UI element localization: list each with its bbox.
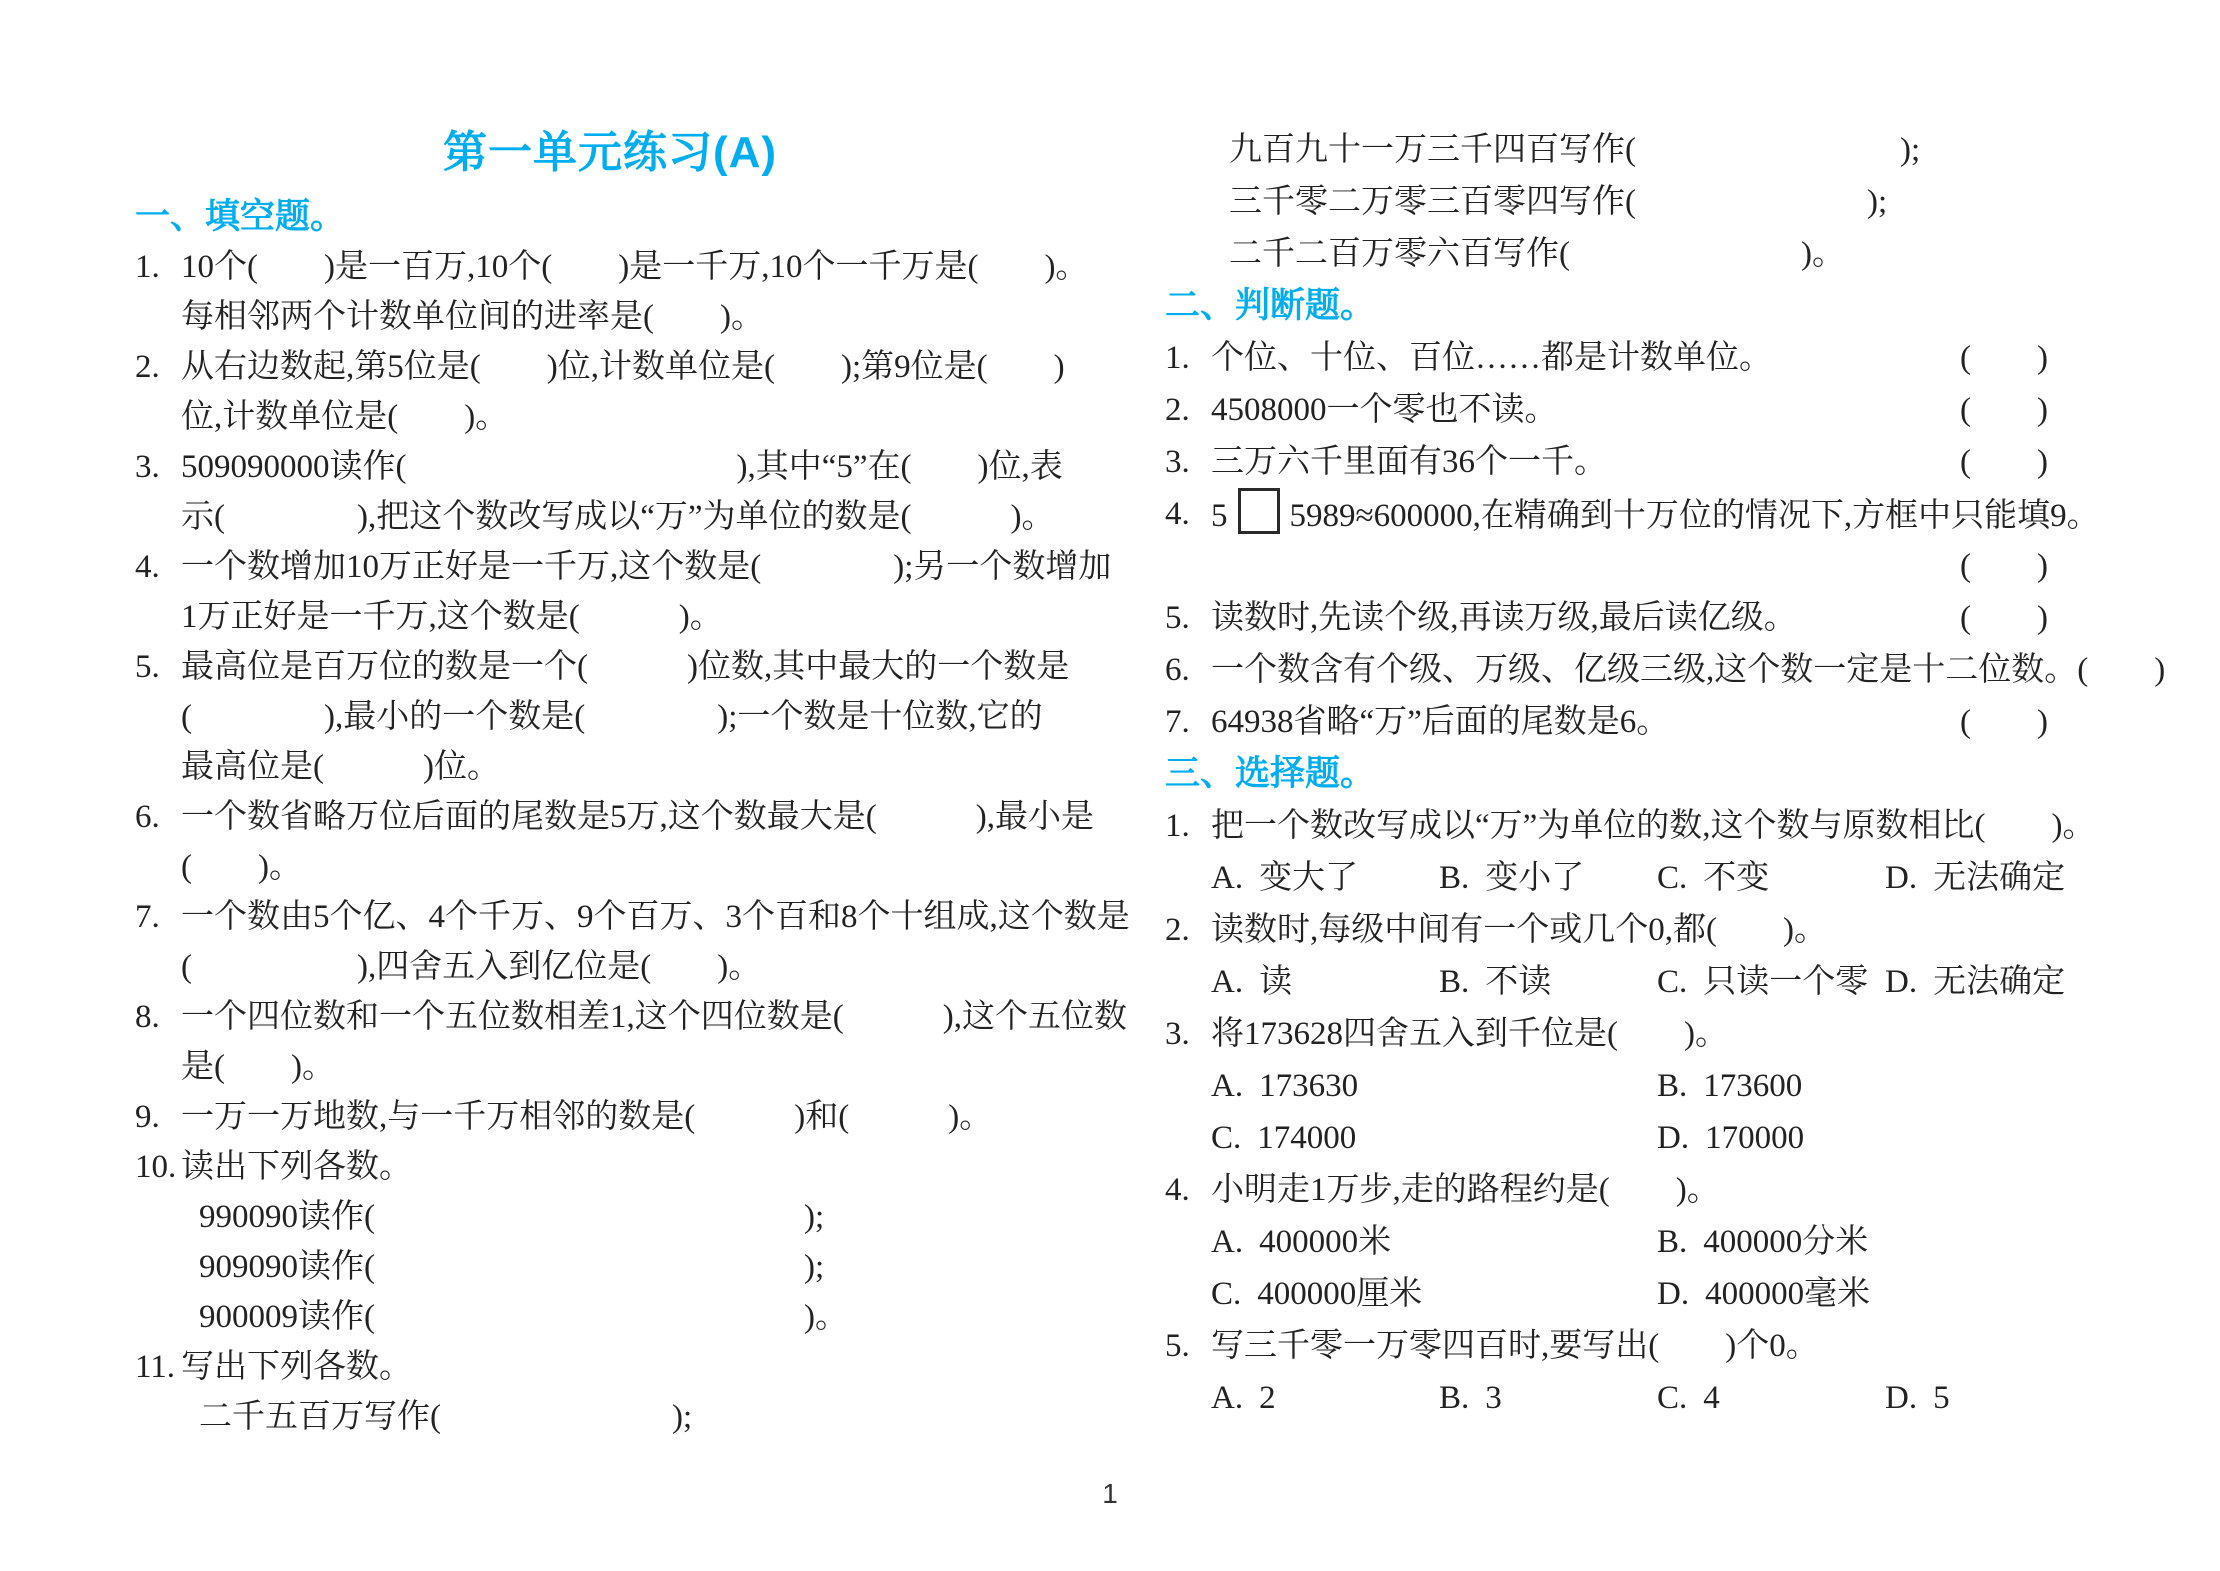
section-heading: 一、填空题。 [135,192,1085,242]
answer-parens: ( ) [1165,540,2140,592]
options-row: A.400000米B.400000分米 [1165,1216,2140,1268]
option-item: D.400000毫米 [1657,1268,1870,1320]
option-text: 400000厘米 [1257,1268,1422,1320]
option-item: B.3 [1439,1372,1657,1424]
question-text: 把一个数改写成以“万”为单位的数,这个数与原数相比( )。 [1211,800,2140,852]
judgment-line: 3.三万六千里面有36个一千。( ) [1165,436,2140,488]
option-item: B.173600 [1657,1060,1802,1112]
option-text: 5 [1933,1372,1950,1424]
option-text: 4 [1703,1372,1720,1424]
left-column: 第一单元练习(A) 一、填空题。1.10个( )是一百万,10个( )是一千万,… [135,122,1085,1442]
option-label: D. [1885,956,1917,1008]
option-text: 不读 [1485,956,1551,1008]
continuation-line: ( ),四舍五入到亿位是( )。 [135,942,1085,992]
judgment-line: 5.读数时,先读个级,再读万级,最后读亿级。( ) [1165,592,2140,644]
option-label: C. [1211,1268,1241,1320]
sub-line: 九百九十一万三千四百写作( ); [1165,124,2140,176]
option-label: D. [1657,1268,1689,1320]
continuation-line: ( ),最小的一个数是( );一个数是十位数,它的 [135,692,1085,742]
continuation-line: 位,计数单位是( )。 [135,392,1085,442]
question-text: 509090000读作( ),其中“5”在( )位,表 [181,442,1085,492]
option-text: 173630 [1259,1060,1358,1112]
question-line: 1.10个( )是一百万,10个( )是一千万,10个一千万是( )。 [135,242,1085,292]
question-number: 6. [1165,644,1211,696]
question-text: 三万六千里面有36个一千。 [1211,436,1960,488]
question-text: 一个数省略万位后面的尾数是5万,这个数最大是( ),最小是 [181,792,1094,842]
question-number: 5. [135,642,181,692]
sub-line: 三千零二万零三百零四写作( ); [1165,176,2140,228]
option-label: C. [1657,1372,1687,1424]
question-line: 11.写出下列各数。 [135,1342,1085,1392]
question-line: 4.55989≈600000,在精确到十万位的情况下,方框中只能填9。 [1165,488,2140,540]
option-text: 无法确定 [1933,852,2065,904]
option-item: B.不读 [1439,956,1657,1008]
question-line: 2.从右边数起,第5位是( )位,计数单位是( );第9位是( ) [135,342,1085,392]
options-row: C.400000厘米D.400000毫米 [1165,1268,2140,1320]
question-number: 1. [1165,332,1211,384]
answer-parens: ( ) [1960,332,2140,384]
question-text: 读数时,每级中间有一个或几个0,都( )。 [1211,904,2140,956]
option-text: 只读一个零 [1703,956,1868,1008]
sub-line: 990090读作( ); [135,1192,1085,1242]
question-line: 10.读出下列各数。 [135,1142,1085,1192]
option-item: A.400000米 [1211,1216,1657,1268]
option-item: D.无法确定 [1885,956,2065,1008]
option-text: 2 [1259,1372,1276,1424]
question-text: 将173628四舍五入到千位是( )。 [1211,1008,2140,1060]
right-lines: 九百九十一万三千四百写作( );三千零二万零三百零四写作( );二千二百万零六百… [1165,124,2140,1424]
question-text: 一万一万地数,与一千万相邻的数是( )和( )。 [181,1092,1085,1142]
option-item: C.不变 [1657,852,1885,904]
option-text: 400000毫米 [1705,1268,1870,1320]
answer-parens: ( ) [1960,696,2140,748]
option-item: B.变小了 [1439,852,1657,904]
option-label: A. [1211,1216,1243,1268]
page-title: 第一单元练习(A) [135,122,1085,184]
option-item: C.174000 [1211,1112,1657,1164]
option-text: 变大了 [1259,852,1358,904]
question-line: 4.小明走1万步,走的路程约是( )。 [1165,1164,2140,1216]
blank-box-icon [1238,488,1280,534]
section-heading: 三、选择题。 [1165,748,2140,800]
option-item: B.400000分米 [1657,1216,1868,1268]
question-number: 3. [1165,1008,1211,1060]
option-item: A.读 [1211,956,1439,1008]
question-number: 4. [1165,488,1211,540]
continuation-line: 是( )。 [135,1042,1085,1092]
question-number: 4. [1165,1164,1211,1216]
question-line: 3.509090000读作( ),其中“5”在( )位,表 [135,442,1085,492]
question-text: 一个四位数和一个五位数相差1,这个四位数是( ),这个五位数 [181,992,1127,1042]
left-lines: 一、填空题。1.10个( )是一百万,10个( )是一千万,10个一千万是( )… [135,192,1085,1442]
answer-parens: ( ) [2077,644,2220,696]
question-line: 7.一个数由5个亿、4个千万、9个百万、3个百和8个十组成,这个数是 [135,892,1085,942]
page-number: 1 [0,1478,2220,1510]
question-text: 一个数含有个级、万级、亿级三级,这个数一定是十二位数。 [1211,644,2077,696]
judgment-line: 6.一个数含有个级、万级、亿级三级,这个数一定是十二位数。( ) [1165,644,2140,696]
option-item: A.变大了 [1211,852,1439,904]
question-number: 7. [135,892,181,942]
option-text: 无法确定 [1933,956,2065,1008]
options-row: A.2B.3C.4D.5 [1165,1372,2140,1424]
question-text: 最高位是百万位的数是一个( )位数,其中最大的一个数是 [181,642,1085,692]
question-number: 1. [1165,800,1211,852]
question-line: 3.将173628四舍五入到千位是( )。 [1165,1008,2140,1060]
judgment-line: 2.4508000一个零也不读。( ) [1165,384,2140,436]
option-label: A. [1211,1372,1243,1424]
answer-parens: ( ) [1960,592,2140,644]
question-number: 3. [135,442,181,492]
options-row: A.读B.不读C.只读一个零D.无法确定 [1165,956,2140,1008]
question-line: 4.一个数增加10万正好是一千万,这个数是( );另一个数增加 [135,542,1085,592]
question-text: 读数时,先读个级,再读万级,最后读亿级。 [1211,592,1960,644]
option-label: A. [1211,1060,1243,1112]
option-label: C. [1657,852,1687,904]
question-number: 7. [1165,696,1211,748]
continuation-line: 每相邻两个计数单位间的进率是( )。 [135,292,1085,342]
question-line: 5.最高位是百万位的数是一个( )位数,其中最大的一个数是 [135,642,1085,692]
option-label: C. [1657,956,1687,1008]
question-text: 一个数增加10万正好是一千万,这个数是( );另一个数增加 [181,542,1111,592]
question-text: 读出下列各数。 [181,1142,1085,1192]
option-text: 3 [1485,1372,1502,1424]
option-text: 173600 [1703,1060,1802,1112]
sub-line: 900009读作( )。 [135,1292,1085,1342]
question-text: 个位、十位、百位……都是计数单位。 [1211,332,1960,384]
question-text: 4508000一个零也不读。 [1211,384,1960,436]
option-text: 174000 [1257,1112,1356,1164]
option-label: B. [1439,852,1469,904]
right-column: 九百九十一万三千四百写作( );三千零二万零三百零四写作( );二千二百万零六百… [1165,124,2140,1424]
question-line: 5.写三千零一万零四百时,要写出( )个0。 [1165,1320,2140,1372]
sub-line: 909090读作( ); [135,1242,1085,1292]
option-item: C.4 [1657,1372,1885,1424]
option-label: B. [1657,1060,1687,1112]
option-item: A.2 [1211,1372,1439,1424]
option-label: C. [1211,1112,1241,1164]
option-item: D.5 [1885,1372,1950,1424]
option-item: D.170000 [1657,1112,1804,1164]
options-row: C.174000D.170000 [1165,1112,2140,1164]
continuation-line: 最高位是( )位。 [135,742,1085,792]
option-text: 400000分米 [1703,1216,1868,1268]
question-number: 11. [135,1342,181,1392]
question-number: 8. [135,992,181,1042]
question-text: 写三千零一万零四百时,要写出( )个0。 [1211,1320,2140,1372]
question-text-pre: 5 [1211,498,1228,534]
question-number: 2. [1165,904,1211,956]
continuation-line: 示( ),把这个数改写成以“万”为单位的数是( )。 [135,492,1085,542]
question-line: 6.一个数省略万位后面的尾数是5万,这个数最大是( ),最小是 [135,792,1085,842]
option-label: B. [1439,1372,1469,1424]
sub-line: 二千五百万写作( ); [135,1392,1085,1442]
option-item: A.173630 [1211,1060,1657,1112]
question-text: 从右边数起,第5位是( )位,计数单位是( );第9位是( ) [181,342,1085,392]
question-number: 2. [135,342,181,392]
question-text: 64938省略“万”后面的尾数是6。 [1211,696,1960,748]
option-label: D. [1885,1372,1917,1424]
question-number: 10. [135,1142,181,1192]
question-text: 写出下列各数。 [181,1342,1085,1392]
question-number: 3. [1165,436,1211,488]
option-label: A. [1211,852,1243,904]
option-item: C.只读一个零 [1657,956,1885,1008]
question-line: 2.读数时,每级中间有一个或几个0,都( )。 [1165,904,2140,956]
question-text-post: 5989≈600000,在精确到十万位的情况下,方框中只能填9。 [1290,498,2100,534]
option-text: 变小了 [1485,852,1584,904]
continuation-line: ( )。 [135,842,1085,892]
answer-parens: ( ) [1960,384,2140,436]
judgment-line: 7.64938省略“万”后面的尾数是6。( ) [1165,696,2140,748]
options-row: A.173630B.173600 [1165,1060,2140,1112]
option-label: B. [1657,1216,1687,1268]
question-text: 10个( )是一百万,10个( )是一千万,10个一千万是( )。 [181,242,1088,292]
option-label: A. [1211,956,1243,1008]
question-number: 4. [135,542,181,592]
question-number: 2. [1165,384,1211,436]
option-text: 170000 [1705,1112,1804,1164]
option-text: 不变 [1703,852,1769,904]
option-label: D. [1885,852,1917,904]
section-heading: 二、判断题。 [1165,280,2140,332]
option-item: D.无法确定 [1885,852,2065,904]
question-number: 6. [135,792,181,842]
question-line: 9.一万一万地数,与一千万相邻的数是( )和( )。 [135,1092,1085,1142]
judgment-line: 1.个位、十位、百位……都是计数单位。( ) [1165,332,2140,384]
continuation-line: 1万正好是一千万,这个数是( )。 [135,592,1085,642]
option-label: B. [1439,956,1469,1008]
question-text: 55989≈600000,在精确到十万位的情况下,方框中只能填9。 [1211,488,2140,540]
option-item: C.400000厘米 [1211,1268,1657,1320]
option-text: 400000米 [1259,1216,1391,1268]
sub-line: 二千二百万零六百写作( )。 [1165,228,2140,280]
question-number: 9. [135,1092,181,1142]
question-number: 1. [135,242,181,292]
option-label: D. [1657,1112,1689,1164]
question-number: 5. [1165,592,1211,644]
answer-parens: ( ) [1960,436,2140,488]
question-text: 小明走1万步,走的路程约是( )。 [1211,1164,2140,1216]
question-line: 1.把一个数改写成以“万”为单位的数,这个数与原数相比( )。 [1165,800,2140,852]
options-row: A.变大了B.变小了C.不变D.无法确定 [1165,852,2140,904]
question-number: 5. [1165,1320,1211,1372]
worksheet-page: 第一单元练习(A) 一、填空题。1.10个( )是一百万,10个( )是一千万,… [0,0,2220,1571]
option-text: 读 [1259,956,1292,1008]
question-text: 一个数由5个亿、4个千万、9个百万、3个百和8个十组成,这个数是 [181,892,1130,942]
question-line: 8.一个四位数和一个五位数相差1,这个四位数是( ),这个五位数 [135,992,1085,1042]
